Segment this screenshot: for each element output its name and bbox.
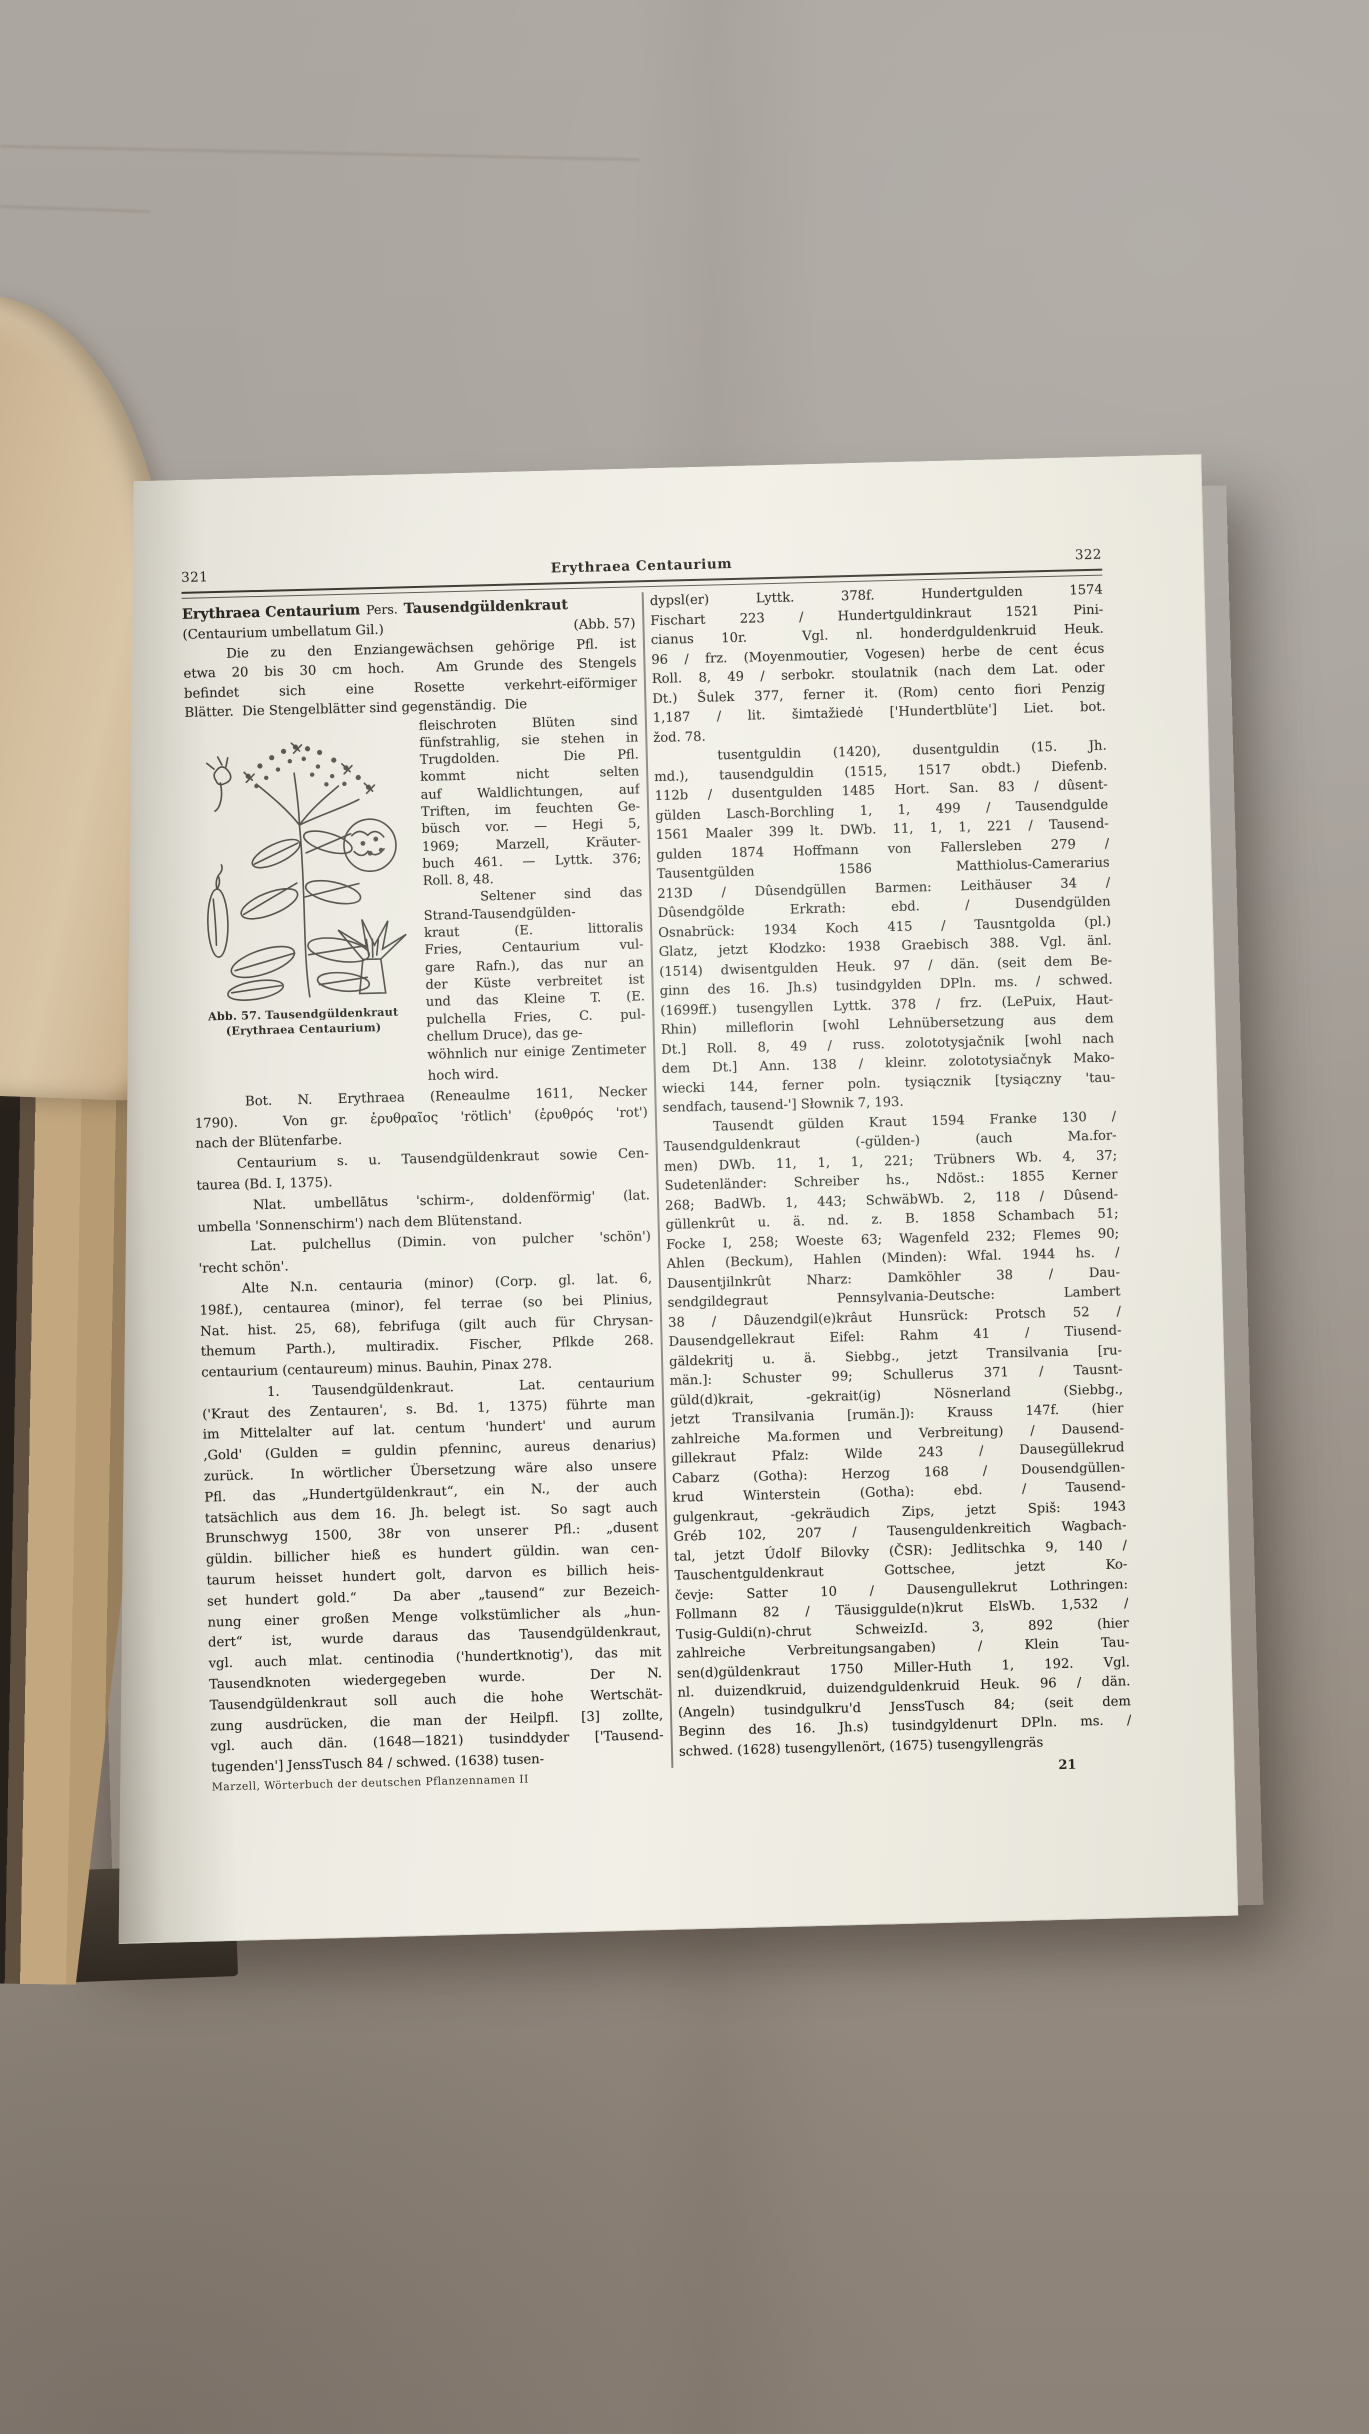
footer-page-number: 21 [1058,1756,1132,1773]
entry-name-german: Tausendgüldenkraut [403,595,568,620]
right-column-paragraphs: dypsl(er) Lyttk. 378f. Hundertgulden 157… [650,581,1132,1762]
flower-cluster [245,742,371,792]
figure-caption: Abb. 57. Tausendgüldenkraut (Erythraea C… [192,1004,415,1041]
text-line: wöhnlich nur einige Zentimeter hoch wird… [427,1040,647,1087]
intro-paragraph: Die zu den Enziangewächsen gehörige Pfl.… [183,634,638,723]
capsule-detail [206,864,228,956]
figure-reference: (Abb. 57) [573,614,635,635]
wrap-region: Abb. 57. Tausendgüldenkraut (Erythraea C… [185,712,665,1780]
photo-of-open-book: { "photo": { "desk_color_top": "#aba69f"… [0,0,1369,2434]
book-page: 321 Erythraea Centaurium 322 Erythraea C… [82,454,1239,1944]
right-column: dypsl(er) Lyttk. 378f. Hundertgulden 157… [650,581,1132,1762]
column-number-right: 322 [1075,547,1102,564]
plant-illustration-icon [185,722,414,1010]
page-bottom-edge [111,1914,1243,1957]
entry-authority: Pers. [366,598,398,620]
body-paragraphs: wöhnlich nur einige Zentimeter hoch wird… [193,1040,664,1779]
corolla-detail [338,918,408,994]
flower-detail [207,756,232,811]
desk-seam-line [0,145,640,160]
desk-seam-line [0,205,150,212]
column-number-left: 321 [181,569,208,586]
left-column: Erythraea Centaurium Pers. Tausendgülden… [182,592,665,1779]
running-title: Erythraea Centaurium [551,556,733,577]
figure-block: Abb. 57. Tausendgüldenkraut (Erythraea C… [185,722,415,1060]
